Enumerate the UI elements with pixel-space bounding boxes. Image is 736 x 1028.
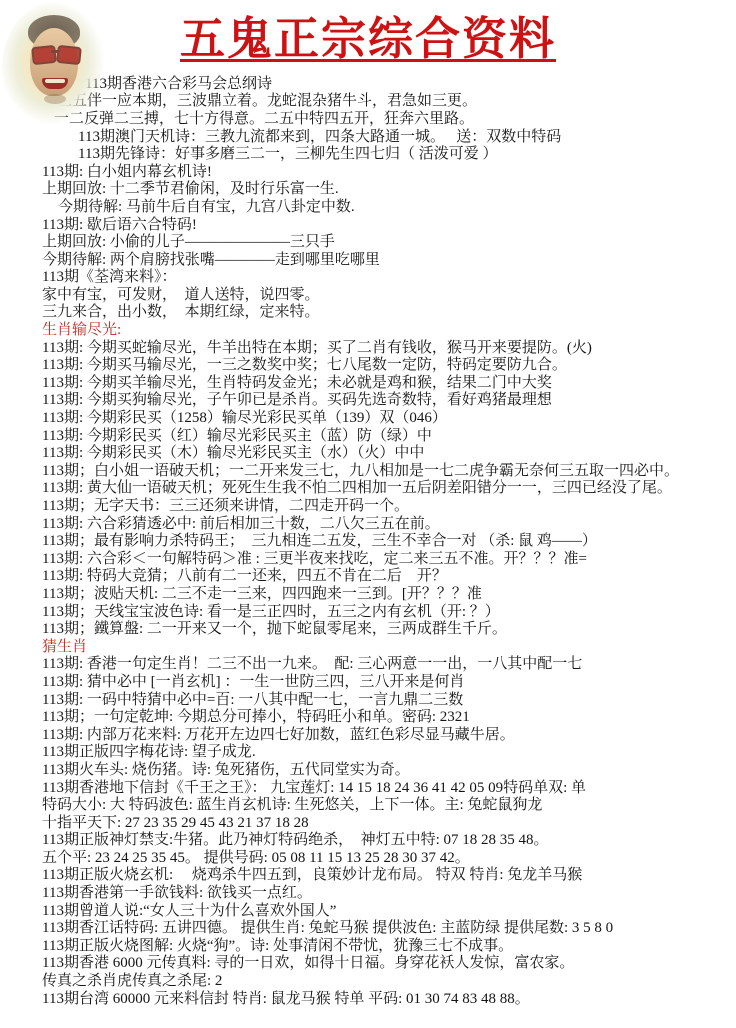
text-line: 113期正版火烧图解: 火烧“狗”。诗: 处事清闲不带忧，犹豫三七不成事。 <box>42 938 734 956</box>
red-sunglasses-right-lens-icon <box>56 45 82 65</box>
text-line: 113期: 今期买马输尽光，一三之数奖中奖；七八尾数一定防，特码定要防九合。 <box>42 357 734 375</box>
text-line: 113期火车头: 烧伤猪。诗: 兔死猪伤，五代同堂实为奇。 <box>42 762 734 780</box>
text-line: 113期: 今期彩民买（木）输尽光彩民买主（水）（火）中中 <box>42 445 734 463</box>
text-line: 今期待解: 马前牛后自有宝，九宫八卦定中数. <box>42 199 734 217</box>
text-line: 113期: 一码中特猜中必中=百: 一八其中配一七，一言九鼎二三数 <box>42 692 734 710</box>
text-line: 113期；天线宝宝波色诗: 看一是三正四时，五三之内有玄机（开: ？） <box>42 604 734 622</box>
text-line: 113期: 歇后语六合特码! <box>42 217 734 235</box>
text-line: 上期回放: 小偷的儿子———————三只手 <box>42 234 734 252</box>
text-line: 113期: 内部万花来料: 万花开左边四七好加数，蓝红色彩尽显马藏牛居。 <box>42 727 734 745</box>
text-line: 113期；最有影响力杀特码王； 三九相连二五发，三生不幸合一对 （杀: 鼠 鸡—… <box>42 533 734 551</box>
text-line: 三九来合，出小数， 本期红绿，定来特。 <box>42 304 734 322</box>
text-line: 113期: 白小姐内幕玄机诗! <box>42 164 734 182</box>
section-heading: 生肖输尽光: <box>42 322 734 340</box>
text-line: 113期香港 6000 元传真料: 寻的一日欢，如得十日福。身穿花袄人发惊，富农… <box>42 955 734 973</box>
text-line: 113期: 黄大仙一语破天机；死死生生我不怕二四相加一五后阴差阳错分一一，三四已… <box>42 480 734 498</box>
text-line: 113期: 六合彩猜透必中: 前后相加三十数，二八欠三五在前。 <box>42 516 734 534</box>
text-line: 113期香港六合彩马会总纲诗 <box>42 76 734 94</box>
text-line: 113期；无字天书：三三还须来讲情，二四走开码一个。 <box>42 498 734 516</box>
text-line: 113期；波贴天机: 二三不走一三来，四四跑来一三到。[开？？？准 <box>42 586 734 604</box>
text-line: 113期；鐵算盤: 二一开来又一个，抛下蛇鼠零尾来，三两成群生千斤。 <box>42 621 734 639</box>
text-line: 113期先锋诗：好事多磨三二一，三柳先生四七归（ 活泼可爱 ） <box>42 146 734 164</box>
text-line: 三五伴一应本期，三波鼎立着。龙蛇混杂猪牛斗，君急如三更。 <box>42 93 734 111</box>
text-line: 五个平: 23 24 25 35 45。 提供号码: 05 08 11 15 1… <box>42 850 734 868</box>
section-heading: 猜生肖 <box>42 639 734 657</box>
text-line: 今期待解: 两个肩膀找张嘴————走到哪里吃哪里 <box>42 252 734 270</box>
text-line: 113期澳门天机诗：三教九流都来到，四条大路通一城。 送：双数中特码 <box>42 129 734 147</box>
text-line: 113期正版火烧玄机: 烧鸡杀牛四五到，良策妙计龙布局。 特双 特肖: 兔龙羊马… <box>42 867 734 885</box>
text-line: 一二反弹二三搏，七十方得意。二五中特四五开，狂奔六里路。 <box>42 111 734 129</box>
text-line: 113期；一句定乾坤: 今期总分可捧小，特码旺小和单。密码: 2321 <box>42 709 734 727</box>
content-lines: 113期香港六合彩马会总纲诗三五伴一应本期，三波鼎立着。龙蛇混杂猪牛斗，君急如三… <box>0 76 736 1008</box>
text-line: 上期回放: 十二季节君偷闲，及时行乐富一生. <box>42 181 734 199</box>
portrait-smiling-mouth <box>42 78 68 89</box>
sunglasses-bridge-icon <box>51 50 59 53</box>
page-title: 五鬼正宗综合资料 <box>0 14 736 66</box>
text-line: 113期；白小姐一语破天机；一二开来发三七，九八相加是一七二虎争霸无奈何三五取一… <box>42 463 734 481</box>
text-line: 113期香江话特码: 五讲四德。 提供生肖: 兔蛇马猴 提供波色: 主蓝防绿 提… <box>42 920 734 938</box>
text-line: 113期曾道人说:“女人三十为什么喜欢外国人” <box>42 903 734 921</box>
portrait-teeth <box>45 79 65 83</box>
text-line: 特码大小: 大 特码波色: 蓝生肖玄机诗: 生死悠关，上下一体。主: 兔蛇鼠狗龙 <box>42 797 734 815</box>
portrait-logo <box>2 2 106 134</box>
text-line: 113期: 香港一句定生肖！二三不出一九来。 配: 三心两意一一出，一八其中配一… <box>42 656 734 674</box>
text-line: 113期台湾 60000 元来料信封 特肖: 鼠龙马猴 特单 平码: 01 30… <box>42 991 734 1009</box>
red-sunglasses-left-lens-icon <box>31 45 57 65</box>
text-line: 113期香港第一手欲钱料: 欲钱买一点红。 <box>42 885 734 903</box>
text-line: 家中有宝，可发财， 道人送特，说四零。 <box>42 287 734 305</box>
text-line: 113期: 今期买蛇输尽光，牛羊出特在本期；买了二肖有钱收，猴马开来要提防。(火… <box>42 340 734 358</box>
text-line: 十指平天下: 27 23 35 29 45 43 21 37 18 28 <box>42 815 734 833</box>
portrait-chin-shadow <box>44 94 66 104</box>
text-line: 113期: 今期买狗输尽光，子午卯已是杀肖。买码先选奇数特，看好鸡猪最理想 <box>42 392 734 410</box>
text-line: 113期: 今期买羊输尽光，生肖特码发金光；未必就是鸡和猴，结果二门中大奖 <box>42 375 734 393</box>
text-line: 113期: 今期彩民买（红）输尽光彩民买主（蓝）防（绿）中 <box>42 428 734 446</box>
text-line: 113期《荃湾来料》： <box>42 269 734 287</box>
text-line: 113期: 六合彩＜一句解特码＞准 : 三更半夜来找吃，定二来三五不准。开？？？… <box>42 551 734 569</box>
text-line: 113期: 今期彩民买（1258）输尽光彩民买单（139）双（046） <box>42 410 734 428</box>
text-line: 113期: 猜中必中 [一肖玄机] ：一生一世防三四，三八开来是何肖 <box>42 674 734 692</box>
text-line: 113期: 特码大竞猜；八前有二一还来，四五不肯在二后 开？ <box>42 568 734 586</box>
text-line: 113期正版神灯禁支:牛猪。此乃神灯特码绝杀， 神灯五中特: 07 18 28 … <box>42 832 734 850</box>
text-line: 113期正版四字梅花诗: 望子成龙. <box>42 744 734 762</box>
text-line: 113期香港地下信封《千王之王》： 九宝莲灯: 14 15 18 24 36 4… <box>42 780 734 798</box>
page-background: { "header": { "title": "五鬼正宗综合资料", "issu… <box>0 0 736 1028</box>
text-line: 传真之杀肖虎传真之杀尾: 2 <box>42 973 734 991</box>
